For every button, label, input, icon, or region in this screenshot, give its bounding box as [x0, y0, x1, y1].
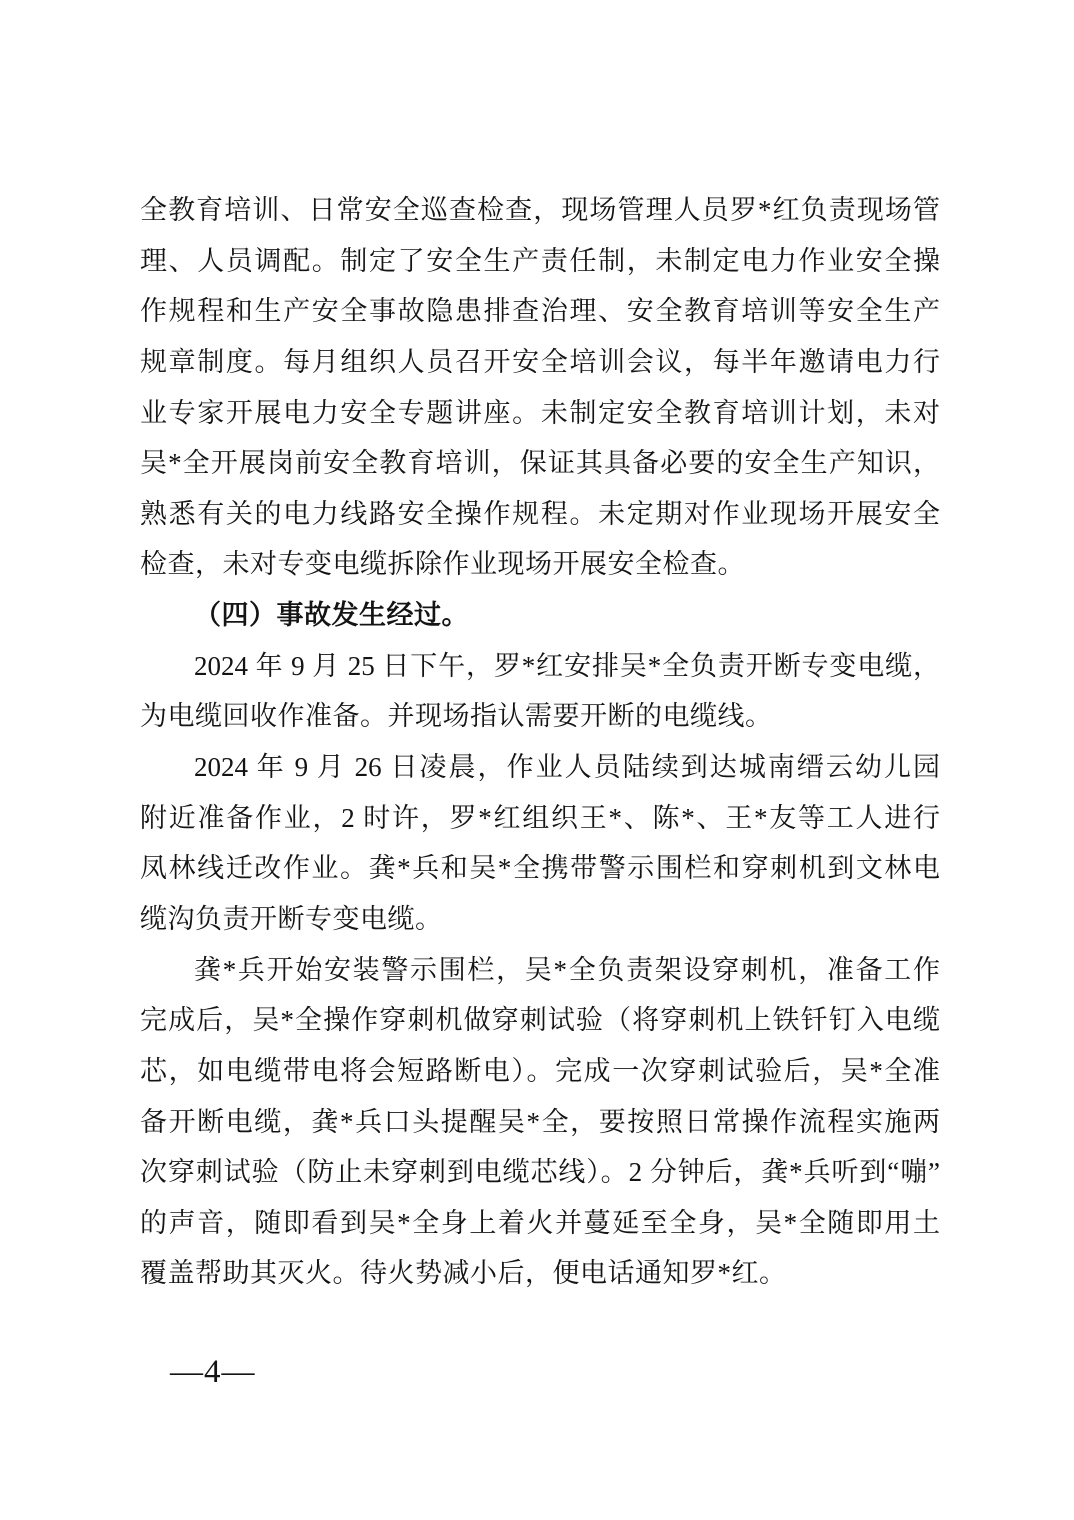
text-line: （四）事故发生经过。	[140, 590, 940, 641]
body-paragraph: 2024 年 9 月 25 日下午，罗*红安排吴*全负责开断专变电缆，为电缆回收…	[140, 641, 940, 742]
text-line: 检查，未对专变电缆拆除作业现场开展安全检查。	[140, 539, 940, 590]
text-line: 业专家开展电力安全专题讲座。未制定安全教育培训计划，未对	[140, 388, 940, 439]
text-line: 覆盖帮助其灭火。待火势减小后，便电话通知罗*红。	[140, 1248, 940, 1299]
text-line: 吴*全开展岗前安全教育培训，保证其具备必要的安全生产知识，	[140, 438, 940, 489]
text-line: 次穿刺试验（防止未穿刺到电缆芯线）。2 分钟后，龚*兵听到“嘣”	[140, 1147, 940, 1198]
text-line: 缆沟负责开断专变电缆。	[140, 894, 940, 945]
body-paragraph: 2024 年 9 月 26 日凌晨，作业人员陆续到达城南缙云幼儿园附近准备作业，…	[140, 742, 940, 945]
text-line: 全教育培训、日常安全巡查检查，现场管理人员罗*红负责现场管	[140, 185, 940, 236]
text-line: 附近准备作业，2 时许，罗*红组织王*、陈*、王*友等工人进行	[140, 793, 940, 844]
text-line: 凤林线迁改作业。龚*兵和吴*全携带警示围栏和穿刺机到文林电	[140, 843, 940, 894]
text-line: 规章制度。每月组织人员召开安全培训会议，每半年邀请电力行	[140, 337, 940, 388]
text-line: 备开断电缆，龚*兵口头提醒吴*全，要按照日常操作流程实施两	[140, 1097, 940, 1148]
section-heading: （四）事故发生经过。	[140, 590, 940, 641]
text-line: 完成后，吴*全操作穿刺机做穿刺试验（将穿刺机上铁钎钉入电缆	[140, 995, 940, 1046]
text-line: 熟悉有关的电力线路安全操作规程。未定期对作业现场开展安全	[140, 489, 940, 540]
document-page: 全教育培训、日常安全巡查检查，现场管理人员罗*红负责现场管理、人员调配。制定了安…	[0, 0, 1074, 1520]
text-line: 2024 年 9 月 25 日下午，罗*红安排吴*全负责开断专变电缆，	[140, 641, 940, 692]
body-paragraph: 龚*兵开始安装警示围栏，吴*全负责架设穿刺机，准备工作完成后，吴*全操作穿刺机做…	[140, 945, 940, 1299]
text-line: 芯，如电缆带电将会短路断电）。完成一次穿刺试验后，吴*全准	[140, 1046, 940, 1097]
text-line: 的声音，随即看到吴*全身上着火并蔓延至全身，吴*全随即用土	[140, 1198, 940, 1249]
body-paragraph: 全教育培训、日常安全巡查检查，现场管理人员罗*红负责现场管理、人员调配。制定了安…	[140, 185, 940, 590]
page-number: —4—	[170, 1352, 256, 1392]
text-line: 2024 年 9 月 26 日凌晨，作业人员陆续到达城南缙云幼儿园	[140, 742, 940, 793]
document-body: 全教育培训、日常安全巡查检查，现场管理人员罗*红负责现场管理、人员调配。制定了安…	[140, 185, 940, 1299]
text-line: 作规程和生产安全事故隐患排查治理、安全教育培训等安全生产	[140, 286, 940, 337]
text-line: 理、人员调配。制定了安全生产责任制，未制定电力作业安全操	[140, 236, 940, 287]
text-line: 为电缆回收作准备。并现场指认需要开断的电缆线。	[140, 691, 940, 742]
text-line: 龚*兵开始安装警示围栏，吴*全负责架设穿刺机，准备工作	[140, 945, 940, 996]
